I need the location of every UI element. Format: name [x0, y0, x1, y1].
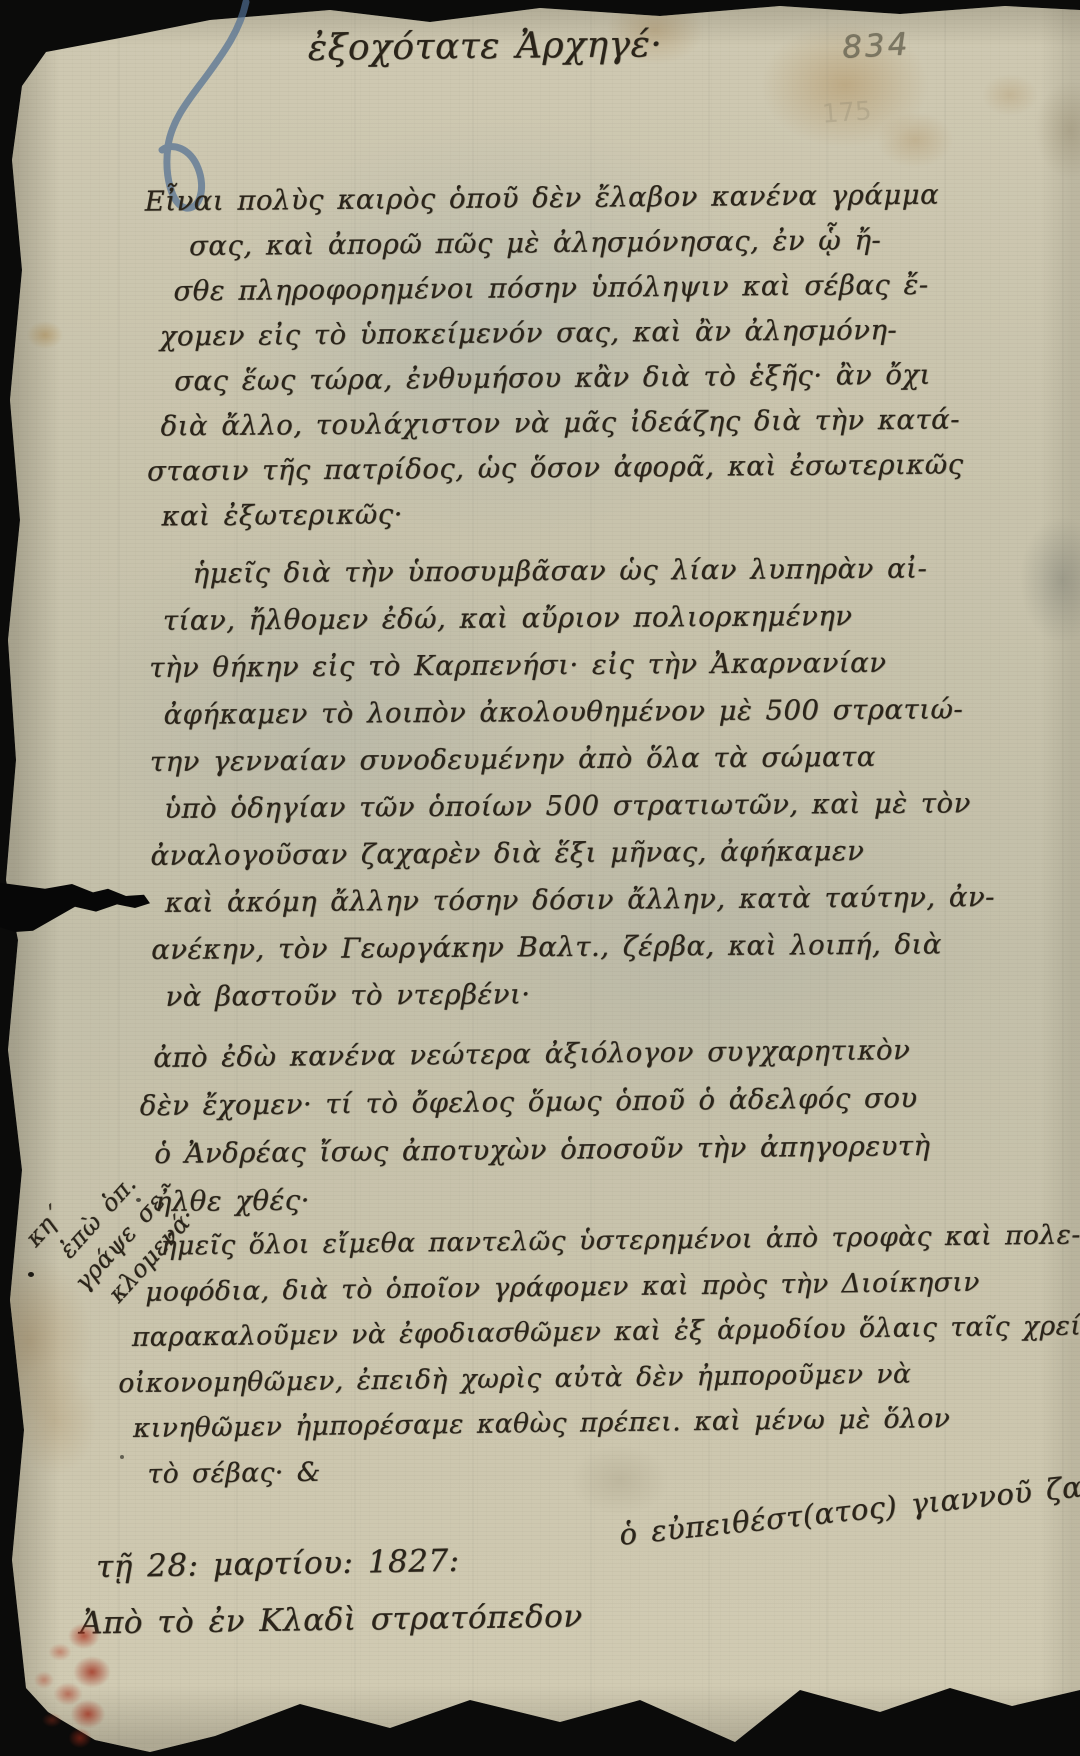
manuscript-line: ἀφήκαμεν τὸ λοιπὸν ἀκολουθημένον μὲ 500 … — [163, 686, 993, 739]
manuscript-line: την γενναίαν συνοδευμένην ἀπὸ ὅλα τὰ σώμ… — [150, 733, 994, 786]
faint-pencil-number: 175 — [821, 96, 873, 129]
manuscript-line: ἀναλογοῦσαν ζαχαρὲν διὰ ἕξι μῆνας, ἀφήκα… — [150, 827, 994, 880]
manuscript-line: ὑπὸ ὁδηγίαν τῶν ὁποίων 500 στρατιωτῶν, κ… — [164, 780, 994, 833]
manuscript-line: καὶ ἐξωτερικῶς· — [161, 487, 964, 539]
letter-title: ἐξοχότατε Ἀρχηγέ· — [275, 24, 695, 69]
manuscript-line: διὰ ἄλλο, τουλάχιστον νὰ μᾶς ἰδεάζης διὰ… — [160, 397, 963, 449]
manuscript-line: χομεν εἰς τὸ ὑποκείμενόν σας, καὶ ἂν ἀλη… — [160, 307, 963, 359]
manuscript-line: νὰ βαστοῦν τὸ ντερβένι· — [165, 968, 995, 1021]
manuscript-line: καὶ ἀκόμη ἄλλην τόσην δόσιν ἄλλην, κατὰ … — [165, 874, 995, 927]
paragraph-1: Εἶναι πολὺς καιρὸς ὁποῦ δὲν ἔλαβον κανέν… — [144, 172, 964, 539]
paragraph-4: ἡμεῖς ὅλοι εἴμεθα παντελῶς ὑστερημένοι ἀ… — [116, 1212, 1080, 1497]
manuscript-line: τίαν, ἤλθομεν ἐδώ, καὶ αὔριον πολιορκημέ… — [163, 592, 993, 645]
red-wax-stamp-icon — [22, 1616, 127, 1748]
manuscript-line: τὴν θήκην εἰς τὸ Καρπενήσι· εἰς τὴν Ἀκαρ… — [149, 639, 993, 692]
ink-speck — [120, 1455, 124, 1459]
manuscript-line: Εἶναι πολὺς καιρὸς ὁποῦ δὲν ἔλαβον κανέν… — [144, 172, 961, 224]
ink-speck — [28, 1272, 34, 1277]
date-line: τῇ 28: μαρτίου: 1827: — [96, 1543, 460, 1585]
manuscript-line: σας ἕως τώρα, ἐνθυμήσου κἂν διὰ τὸ ἑξῆς·… — [174, 352, 963, 404]
ink-speck — [136, 1198, 141, 1202]
manuscript-line: ἀπὸ ἐδὼ κανένα νεώτερα ἀξιόλογον συγχαρη… — [153, 1026, 930, 1082]
archive-number: 834 — [841, 26, 911, 66]
manuscript-line: ὁ Ἀνδρέας ἴσως ἀποτυχὼν ὁποσοῦν τὴν ἀπηγ… — [154, 1122, 931, 1178]
scanned-manuscript-page: 834 175 ἐξοχότατε Ἀρχηγέ· Εἶναι πολὺς κα… — [0, 0, 1080, 1756]
manuscript-line: ανέκην, τὸν Γεωργάκην Βαλτ., ζέρβα, καὶ … — [151, 921, 995, 974]
paragraph-3: ἀπὸ ἐδὼ κανένα νεώτερα ἀξιόλογον συγχαρη… — [139, 1026, 931, 1226]
place-line: Ἀπὸ τὸ ἐν Κλαδὶ στρατόπεδον — [80, 1598, 583, 1641]
manuscript-line: ἡμεῖς διὰ τὴν ὑποσυμβᾶσαν ὡς λίαν λυπηρὰ… — [192, 545, 992, 598]
manuscript-line: σθε πληροφορημένοι πόσην ὑπόληψιν καὶ σέ… — [173, 262, 962, 314]
manuscript-line: στασιν τῆς πατρίδος, ὡς ὅσον ἀφορᾶ, καὶ … — [147, 442, 964, 494]
manuscript-line: σας, καὶ ἀπορῶ πῶς μὲ ἀλησμόνησας, ἐν ᾧ … — [189, 217, 962, 269]
manuscript-line: δὲν ἔχομεν· τί τὸ ὄφελος ὅμως ὁποῦ ὁ ἀδε… — [140, 1074, 931, 1130]
paragraph-2: ἡμεῖς διὰ τὴν ὑποσυμβᾶσαν ὡς λίαν λυπηρὰ… — [148, 545, 995, 1021]
